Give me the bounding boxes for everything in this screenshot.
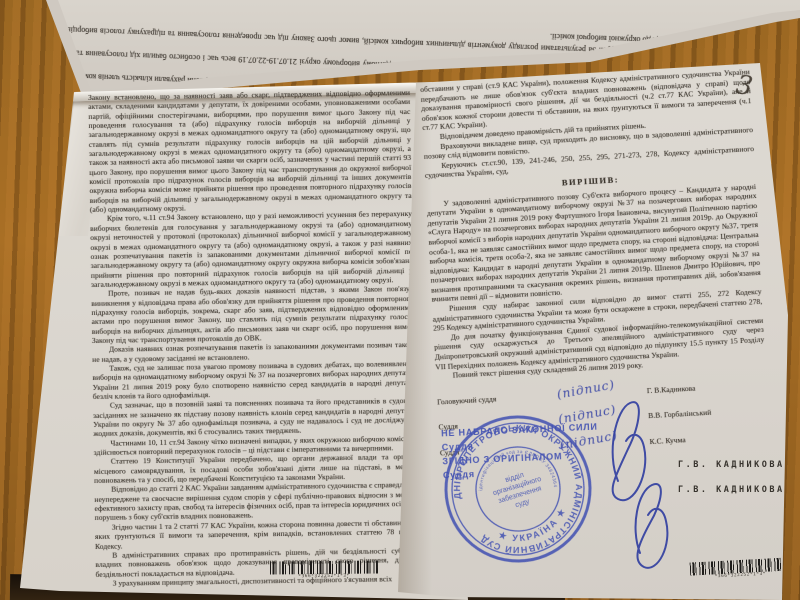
judge-name: Г. В.Кадникова: [647, 380, 767, 396]
right-page: 3 обставини у справі (ст.9 КАС України),…: [390, 55, 800, 600]
barcode-number: *366*322252*1*3*: [270, 574, 378, 580]
paragraph: Проте, позивач не надав будь-яких доказі…: [91, 284, 414, 345]
seal-center-line: суду: [515, 498, 531, 509]
stamped-name: Г.В. КАДНИКОВА: [678, 453, 785, 478]
photo-of-court-document: { "photo": { "page_number": "3", "barcod…: [0, 0, 800, 600]
paragraph: Також, суд не залишає поза увагою промов…: [92, 359, 415, 401]
paragraph: Закону встановлено, що за наявності заяв…: [88, 88, 412, 215]
left-page-text: Закону встановлено, що за наявності заяв…: [88, 88, 418, 588]
stamped-name: Г.В. КАДНИКОВА: [678, 478, 785, 503]
barcode-left-page: *366*322252*1*3*: [270, 561, 378, 580]
paragraph: У задоволенні адміністративного позову С…: [426, 182, 761, 305]
barcode-bars: [270, 561, 378, 575]
paragraph: Суд зазначає, що в позовній заяві та поя…: [93, 396, 416, 438]
certification-stamp-text: НЕ НАБРАЛО ЗАКОННОЇ СИЛИ Суддя ЗГІДНО З …: [441, 420, 600, 483]
paragraph: Крім того, ч.11 ст.94 Закону встановлено…: [90, 209, 413, 289]
stamped-judge-names: Г.В. КАДНИКОВА Г.В. КАДНИКОВА: [678, 453, 785, 503]
paragraph: Відповідно до статті 2 КАС України завда…: [94, 480, 417, 522]
